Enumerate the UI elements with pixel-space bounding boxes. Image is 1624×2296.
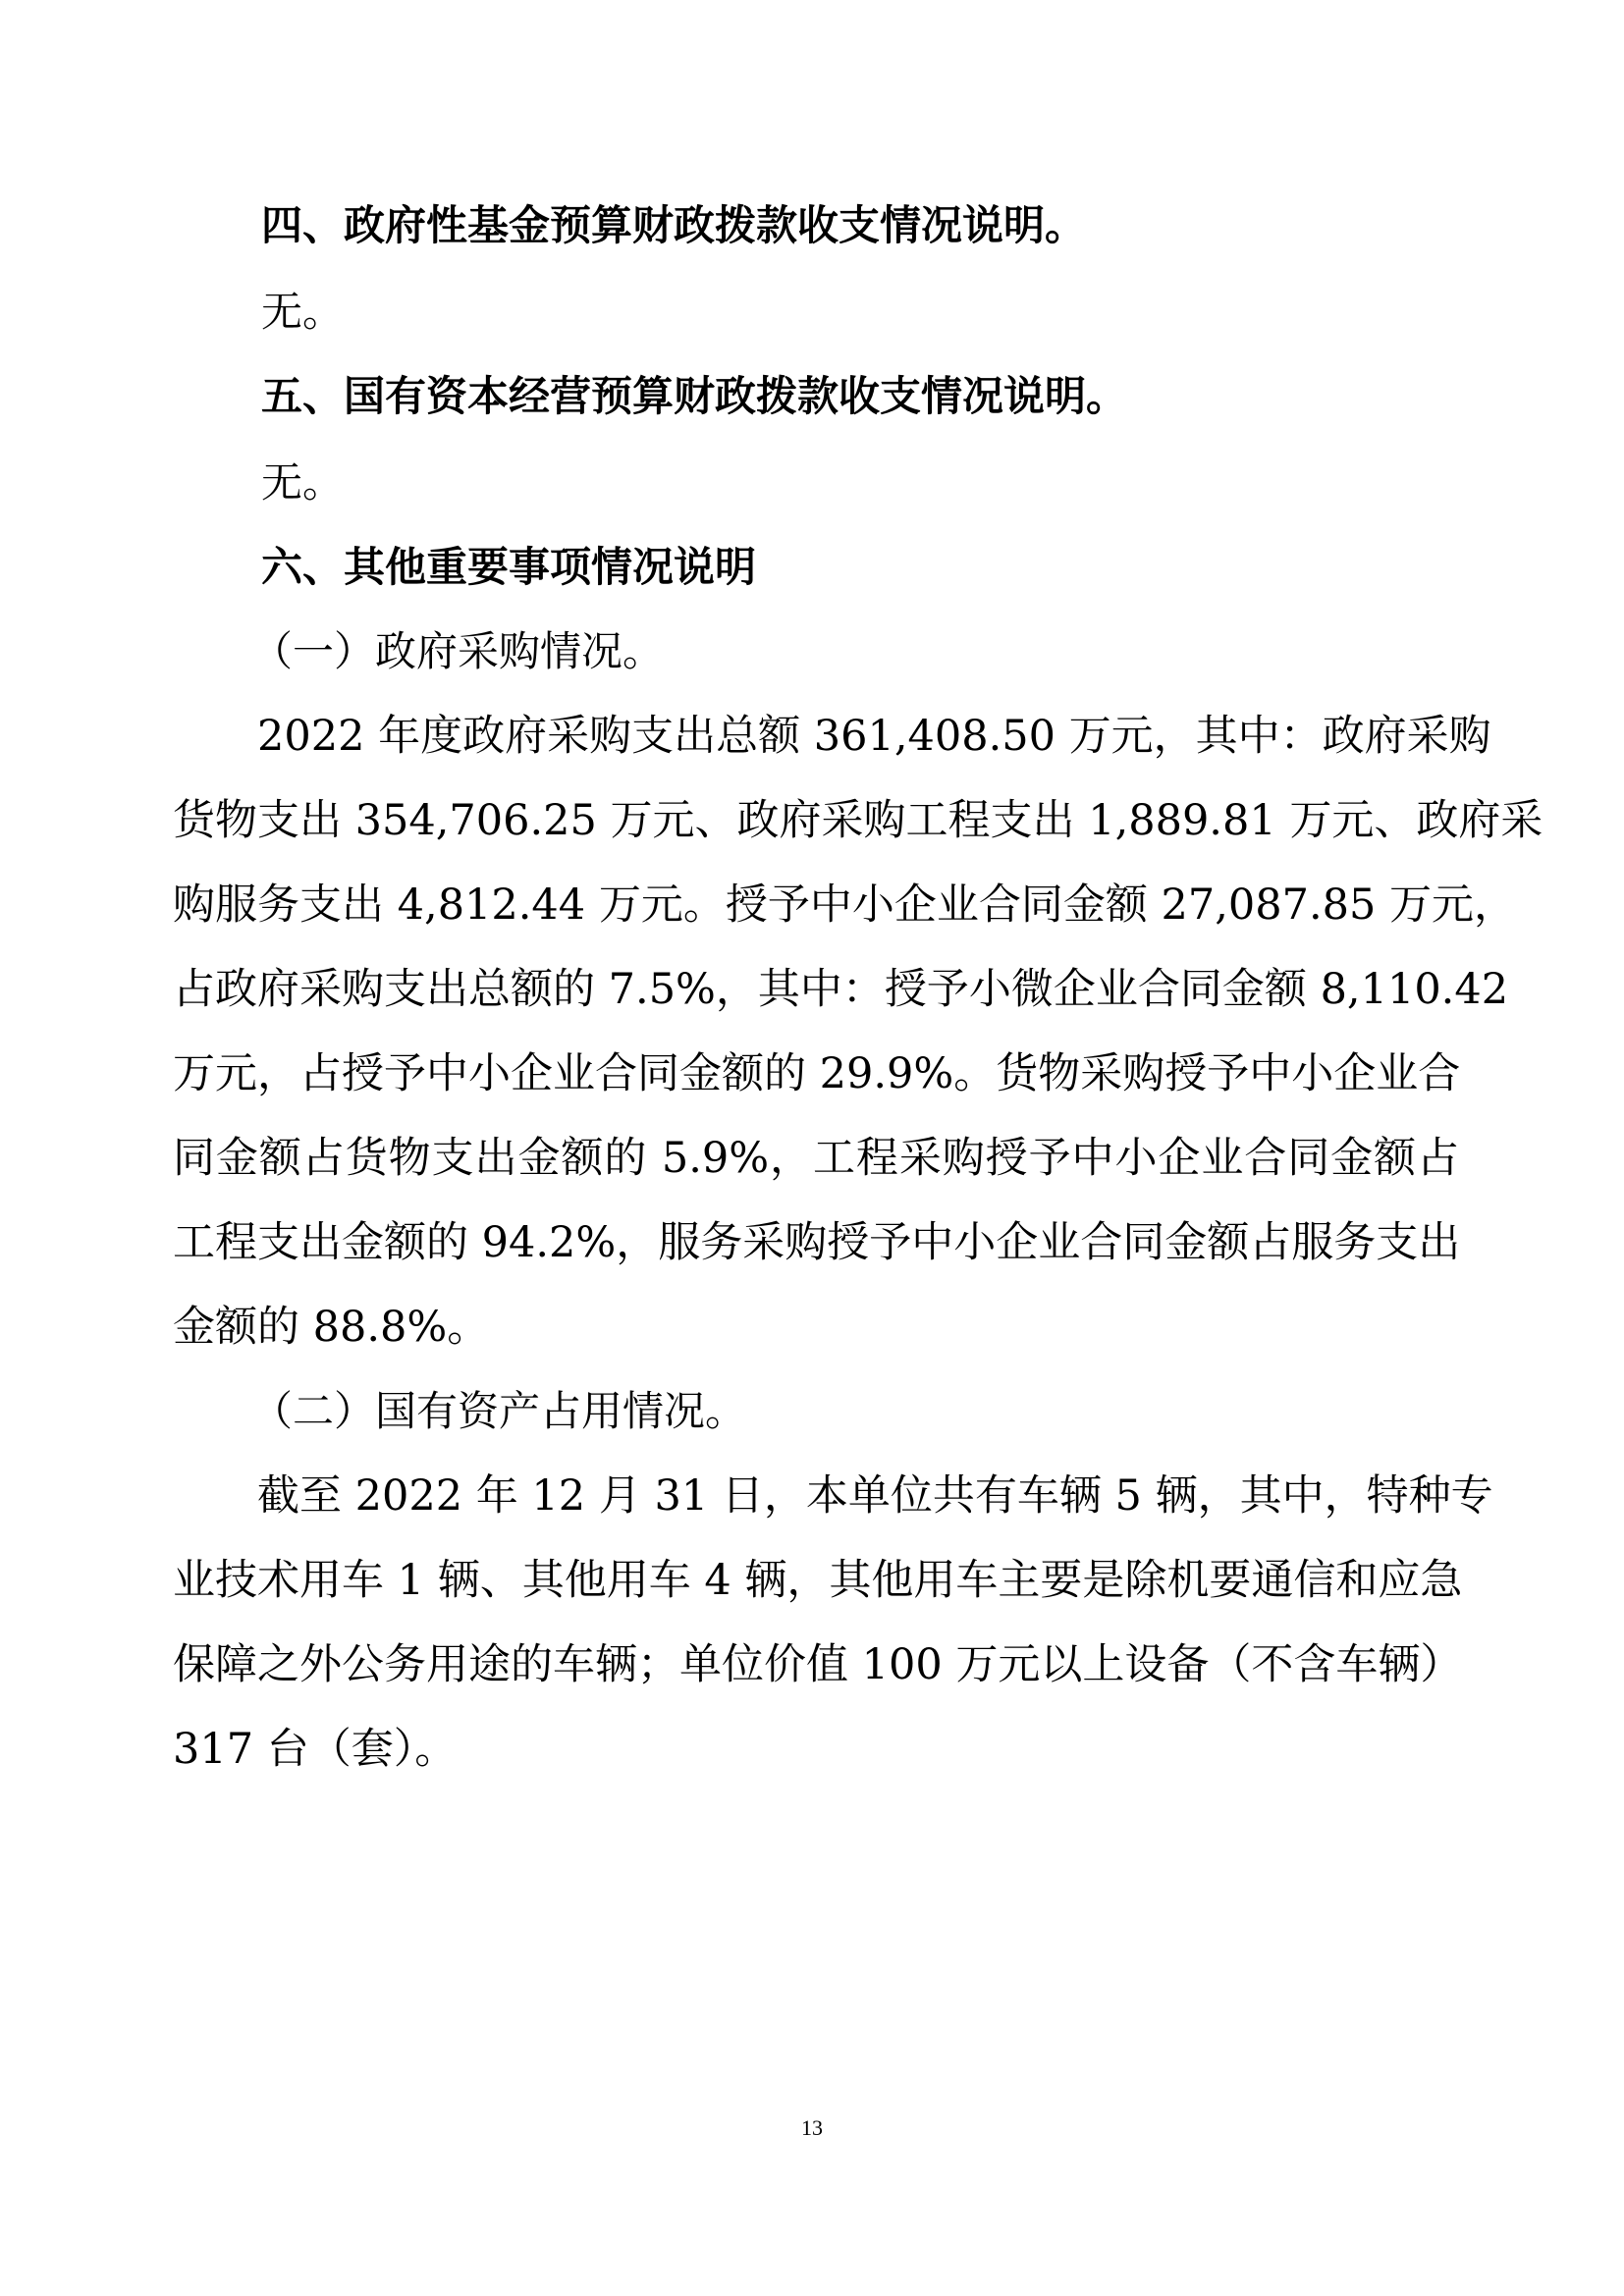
paragraph-line: 保障之外公务用途的车辆；单位价值 100 万元以上设备（不含车辆） — [173, 1635, 1459, 1694]
paragraph-line: 金额的 88.8%。 — [173, 1298, 1459, 1357]
section-heading-4: 四、政府性基金预算财政拨款收支情况说明。 — [261, 196, 1547, 255]
paragraph-line: 占政府采购支出总额的 7.5%，其中：授予小微企业合同金额 8,110.42 — [173, 960, 1459, 1019]
paragraph-line: 同金额占货物支出金额的 5.9%，工程采购授予中小企业合同金额占 — [173, 1129, 1459, 1188]
section-heading-5: 五、国有资本经营预算财政拨款收支情况说明。 — [261, 367, 1547, 426]
subsection-title-assets: （二）国有资产占用情况。 — [251, 1382, 1459, 1441]
section-body-4: 无。 — [261, 283, 1547, 342]
section-body-5: 无。 — [261, 454, 1547, 512]
paragraph-line: 317 台（套）。 — [173, 1720, 1459, 1779]
paragraph-line: 业技术用车 1 辆、其他用车 4 辆，其他用车主要是除机要通信和应急 — [173, 1551, 1459, 1610]
document-page: 四、政府性基金预算财政拨款收支情况说明。 无。 五、国有资本经营预算财政拨款收支… — [0, 0, 1624, 2296]
paragraph-line: 货物支出 354,706.25 万元、政府采购工程支出 1,889.81 万元、… — [173, 791, 1459, 850]
paragraph-line: 2022 年度政府采购支出总额 361,408.50 万元，其中：政府采购 — [257, 707, 1459, 766]
page-number: 13 — [0, 2115, 1624, 2141]
paragraph-line: 截至 2022 年 12 月 31 日，本单位共有车辆 5 辆，其中，特种专 — [257, 1467, 1459, 1525]
section-heading-6: 六、其他重要事项情况说明 — [261, 538, 1547, 597]
paragraph-line: 工程支出金额的 94.2%，服务采购授予中小企业合同金额占服务支出 — [173, 1213, 1459, 1272]
subsection-title-procurement: （一）政府采购情况。 — [251, 622, 1459, 681]
paragraph-line: 购服务支出 4,812.44 万元。授予中小企业合同金额 27,087.85 万… — [173, 876, 1459, 934]
paragraph-line: 万元，占授予中小企业合同金额的 29.9%。货物采购授予中小企业合 — [173, 1044, 1459, 1103]
